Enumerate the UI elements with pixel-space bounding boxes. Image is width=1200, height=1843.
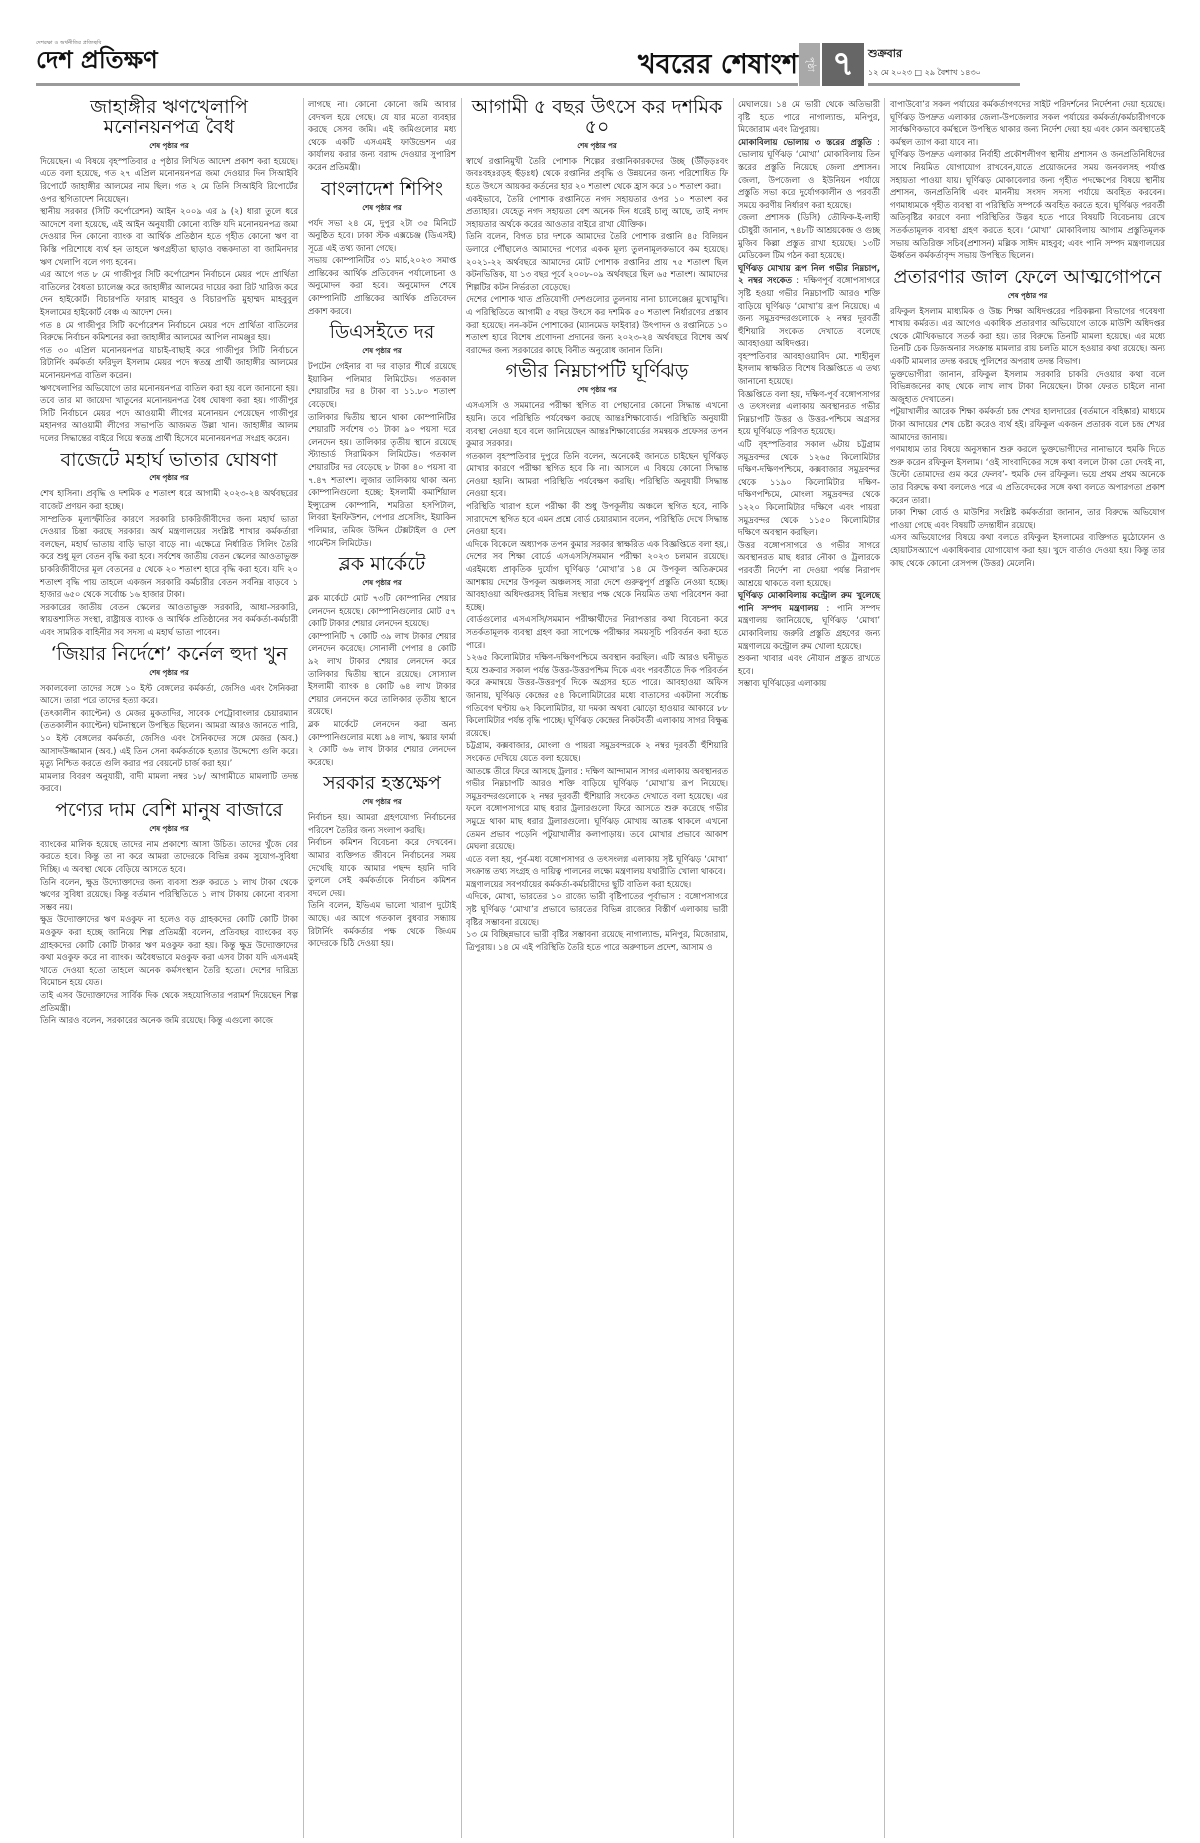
paragraph: ঘূর্ণিঝড় উপদ্রুত এলাকার নির্বাহী প্রকৌশ… (890, 148, 1165, 261)
masthead-rule-left (36, 83, 591, 86)
page-label: পৃষ্ঠা (799, 43, 820, 86)
paragraph: জেলা প্রশাসক (ডিসি) তৌফিক-ই-লাহী চৌধুরী … (738, 211, 880, 261)
headline: ‘জিয়ার নির্দেশে’ কর্নেল হুদা খুন (40, 645, 298, 665)
paragraph: ভুক্তভোগীরা জানান, রফিকুল ইসলাম সরকারি চ… (890, 368, 1165, 406)
paragraph: ব্লক মার্কেটে লেনদেন করা অন্য কোম্পানিগু… (308, 718, 456, 768)
paragraph: ব্যাংকের মালিক হয়েছে তাদের নাম প্রকাশ্য… (40, 838, 298, 876)
article-body: ব্যাংকের মালিক হয়েছে তাদের নাম প্রকাশ্য… (40, 838, 298, 1027)
headline: বাংলাদেশ শিপিং (308, 180, 456, 200)
column-2: লাগছে না। কোনো কোনো জমি আবার বেদখল হয়ে … (308, 98, 456, 956)
continued-label: শেষ পৃষ্ঠার পর (40, 472, 298, 484)
article-jahangir: জাহাঙ্গীর ঋণখেলাপি মনোনয়নপত্র বৈধ শেষ প… (40, 98, 298, 445)
continued-label: শেষ পৃষ্ঠার পর (40, 823, 298, 835)
continued-label: শেষ পৃষ্ঠার পর (466, 384, 728, 396)
article-body: রফিকুল ইসলাম মাধ্যমিক ও উচ্চ শিক্ষা অধিদ… (890, 305, 1165, 569)
paragraph: তিনি আরও বলেন, সরকারের অনেক জমি রয়েছে। … (40, 1014, 298, 1027)
paragraph: একইভাবে, তৈরি পোশাক রপ্তানিতে নগদ সহায়ত… (466, 193, 728, 231)
paragraph: আতঙ্কে তীরে ফিরে আসছে ট্রলার : দক্ষিণ আন… (466, 765, 728, 853)
article-body: বাপাউবো’র সকল পর্যায়ের কর্মকর্তাগণদের স… (890, 98, 1165, 262)
paragraph: তিনি বলেন, ক্ষুদ্র উদ্যোক্তাদের জন্য ব্য… (40, 876, 298, 914)
issue-date: শুক্রবার ১২ মে ২০২৩ □ ২৯ বৈশাখ ১৪৩০ (868, 45, 981, 80)
paragraph: বোর্ডগুলোর এসএসসি/সমমান পরীক্ষার্থীদের ন… (466, 613, 728, 651)
paragraph: তাই এসব উদ্যোক্তাদের সার্বিক দিক থেকে সহ… (40, 989, 298, 1014)
article-govt: সরকার হস্তক্ষেপ শেষ পৃষ্ঠার পর নির্বাচন … (308, 774, 456, 949)
paragraph: দিয়েছেন। এ বিষয়ে বৃহস্পতিবার ৫ পৃষ্ঠার… (40, 155, 298, 205)
paragraph: এদিকে বিকেলে অধ্যাপক তপন কুমার সরকার স্ব… (466, 538, 728, 614)
article-ponno: পণ্যের দাম বেশি মানুষ বাজারে শেষ পৃষ্ঠার… (40, 801, 298, 1027)
masthead: দেশরক্ষা ও অর্থনীতির প্রতিচ্ছবি দেশ প্রত… (36, 40, 1164, 90)
paragraph: সাম্প্রতিক মূল্যস্ফীতির কারণে সরকারি চাক… (40, 513, 298, 601)
paragraph: স্থানীয় সরকার (সিটি কর্পোরেশন) আইন ২০০৯… (40, 205, 298, 268)
column-1: জাহাঙ্গীর ঋণখেলাপি মনোনয়নপত্র বৈধ শেষ প… (40, 98, 298, 1033)
paragraph: দেশের পোশাক খাত প্রতিযোগী দেশগুলোর তুলনা… (466, 293, 728, 356)
paragraph: পরিস্থিতি খারাপ হলে পরীক্ষা কী শুধু উপকূ… (466, 500, 728, 538)
paragraph: ঋণখেলাপির অভিযোগে তার মনোনয়নপত্র বাতিল … (40, 382, 298, 445)
newspaper-name: দেশ প্রতিক্ষণ (36, 48, 158, 72)
paragraph: ঢাকা শিক্ষা বোর্ড ও মাউশির সংশ্লিষ্ট কর্… (890, 506, 1165, 531)
paragraph: সকালবেলা তাদের সঙ্গে ১০ ইস্ট বেঙ্গলের কর… (40, 682, 298, 707)
paragraph: গতকাল বৃহস্পতিবার দুপুরে তিনি বলেন, অনেক… (466, 450, 728, 500)
paragraph: এদিকে, মোখা, ভারতের ১০ রাজ্যে ভারী বৃষ্ট… (466, 890, 728, 928)
continued-label: শেষ পৃষ্ঠার পর (308, 345, 456, 357)
article-body: নির্বাচন হয়। আমরা গ্রহণযোগ্য নির্বাচনের… (308, 811, 456, 950)
paragraph: এতে বলা হয়, পূর্ব-মধ্য বঙ্গোপসাগর ও তৎস… (466, 853, 728, 878)
headline: সরকার হস্তক্ষেপ (308, 774, 456, 794)
paragraph: নির্বাচন হয়। আমরা গ্রহণযোগ্য নির্বাচনের… (308, 811, 456, 836)
issue-day: শুক্রবার (868, 45, 981, 64)
article-fraud: প্রতারণার জাল ফেলে আত্মগোপনে শেষ পৃষ্ঠার… (890, 268, 1165, 569)
paragraph: মামলার বিবরণ অনুযায়ী, বাদী মামলা নম্বর … (40, 770, 298, 795)
article-shipping: বাংলাদেশ শিপিং শেষ পৃষ্ঠার পর পর্যদ সভা … (308, 180, 456, 318)
issue-date-line: ১২ মে ২০২৩ □ ২৯ বৈশাখ ১৪৩০ (868, 67, 981, 80)
continued-label: শেষ পৃষ্ঠার পর (466, 140, 728, 152)
paragraph: স্বার্থে রপ্তানিমুখী তৈরি পোশাক শিল্পের … (466, 155, 728, 193)
column-5: বাপাউবো’র সকল পর্যায়ের কর্মকর্তাগণদের স… (890, 98, 1165, 575)
article-cyclone-continued: মেঘালয়ে। ১৪ মে ভারী থেকে অতিভারী বৃষ্টি… (738, 98, 880, 690)
headline: পণ্যের দাম বেশি মানুষ বাজারে (40, 801, 298, 821)
article-cyclone: গভীর নিম্নচাপটি ঘূর্ণিঝড় শেষ পৃষ্ঠার পর… (466, 362, 728, 953)
column-divider (461, 98, 462, 1838)
article-ziaur: ‘জিয়ার নির্দেশে’ কর্নেল হুদা খুন শেষ পৃ… (40, 645, 298, 795)
headline: আগামী ৫ বছর উৎসে কর দশমিক ৫০ (466, 98, 728, 138)
paragraph: কোম্পানিটি ৭ কোটি ৩৯ লাখ টাকার শেয়ার লে… (308, 630, 456, 718)
paragraph: এটি বৃহস্পতিবার সকাল ৬টায় চট্টগ্রাম সমু… (738, 438, 880, 539)
paragraph: পটুয়াখালীর আরেক শিক্ষা কর্মকর্তা চন্দ্র… (890, 405, 1165, 443)
paragraph: এর আগে গত ৮ মে গাজীপুর সিটি কর্পোরেশন নি… (40, 268, 298, 318)
article-block-market: ব্লক মার্কেটে শেষ পৃষ্ঠার পর ব্লক মার্কে… (308, 555, 456, 768)
headline: প্রতারণার জাল ফেলে আত্মগোপনে (890, 268, 1165, 288)
paragraph: ১৩ মে বিচ্ছিন্নভাবে ভারী বৃষ্টির সম্ভাবন… (466, 928, 728, 953)
article-budget: বাজেটে মহার্ঘ ভাতার ঘোষণা শেষ পৃষ্ঠার পর… (40, 451, 298, 639)
article-land-continued: লাগছে না। কোনো কোনো জমি আবার বেদখল হয়ে … (308, 98, 456, 174)
paragraph: সরকারের জাতীয় বেতন স্কেলের আওতাভুক্ত সর… (40, 601, 298, 639)
paragraph: তিনি বলেন, বিগত চার দশকে আমাদের তৈরি পোশ… (466, 230, 728, 293)
continued-label: শেষ পৃষ্ঠার পর (308, 202, 456, 214)
paragraph: গণমাধ্যম তার বিষয়ে অনুসন্ধান শুরু করলে … (890, 443, 1165, 506)
continued-label: শেষ পৃষ্ঠার পর (40, 140, 298, 152)
column-divider (303, 98, 304, 1838)
article-body: লাগছে না। কোনো কোনো জমি আবার বেদখল হয়ে … (308, 98, 456, 174)
continued-label: শেষ পৃষ্ঠার পর (308, 577, 456, 589)
paragraph: ১২৬৫ কিলোমিটার দক্ষিণ-দক্ষিণপশ্চিমে অবস্… (466, 651, 728, 739)
paragraph: গত ৩০ এপ্রিল মনোনয়নপত্র যাচাই-বাছাই করে… (40, 344, 298, 382)
paragraph: বিজ্ঞপ্তিতে বলা হয়, দক্ষিণ-পূর্ব বঙ্গোপ… (738, 388, 880, 438)
article-body: টপটেন গেইনার বা দর বাড়ার শীর্ষে রয়েছে … (308, 360, 456, 549)
paragraph: : দক্ষিণপূর্ব বঙ্গোপসাগরে সৃষ্টি হওয়া গ… (738, 275, 880, 348)
article-body: ব্লক মার্কেটে মোট ৭৩টি কোম্পানির শেয়ার … (308, 592, 456, 768)
paragraph: ব্লক মার্কেটে মোট ৭৩টি কোম্পানির শেয়ার … (308, 592, 456, 630)
subhead-bhola: মোকাবিলায় ভোলায় ৩ স্তরের প্রস্তুতি (738, 137, 872, 147)
masthead-rule-middle (591, 83, 798, 86)
continued-label: শেষ পৃষ্ঠার পর (308, 796, 456, 808)
page-number: ৭ (822, 43, 864, 86)
article-body: সকালবেলা তাদের সঙ্গে ১০ ইস্ট বেঙ্গলের কর… (40, 682, 298, 795)
article-dse: ডিএসইতে দর শেষ পৃষ্ঠার পর টপটেন গেইনার ব… (308, 323, 456, 549)
article-tax: আগামী ৫ বছর উৎসে কর দশমিক ৫০ শেষ পৃষ্ঠার… (466, 98, 728, 356)
paragraph: তালিকার দ্বিতীয় স্থানে থাকা কোম্পানিটির… (308, 411, 456, 550)
paragraph: মন্ত্রণালয়ের সবপর্যায়ের কর্মকর্তা-কর্ম… (466, 878, 728, 891)
column-divider (733, 98, 734, 1838)
paragraph: (তৎকালীন ক্যাপ্টেন) ও মেজর মুকতাদির, সাব… (40, 707, 298, 770)
headline: ডিএসইতে দর (308, 323, 456, 343)
article-body: দিয়েছেন। এ বিষয়ে বৃহস্পতিবার ৫ পৃষ্ঠার… (40, 155, 298, 445)
continued-label: শেষ পৃষ্ঠার পর (40, 667, 298, 679)
article-body: এসএসসি ও সমমানের পরীক্ষা স্থগিত বা পেছান… (466, 399, 728, 953)
paragraph: সম্ভাব্য ঘূর্ণিঝড়ের এলাকায় (738, 677, 880, 690)
paragraph: এসএসসি ও সমমানের পরীক্ষা স্থগিত বা পেছান… (466, 399, 728, 449)
paragraph: উত্তর বঙ্গোপসাগরে ও গভীর সাগরে অবস্থানরত… (738, 539, 880, 589)
paragraph: চট্টগ্রাম, কক্সবাজার, মোংলা ও পায়রা সমু… (466, 739, 728, 764)
paragraph: বৃহস্পতিবার আবহাওয়াবিদ মো. শাহীনুল ইসলা… (738, 350, 880, 388)
column-3: আগামী ৫ বছর উৎসে কর দশমিক ৫০ শেষ পৃষ্ঠার… (466, 98, 728, 959)
paragraph: শেখ হাসিনা। প্রবৃদ্ধি ও দশমিক ৫ শতাংশ ধর… (40, 487, 298, 512)
article-body: মেঘালয়ে। ১৪ মে ভারী থেকে অতিভারী বৃষ্টি… (738, 98, 880, 690)
article-body: স্বার্থে রপ্তানিমুখী তৈরি পোশাক শিল্পের … (466, 155, 728, 357)
paragraph: পর্যদ সভা ২৪ মে, দুপুর ২টা ৩৫ মিনিটে অনু… (308, 217, 456, 255)
paragraph: বাপাউবো’র সকল পর্যায়ের কর্মকর্তাগণদের স… (890, 98, 1165, 148)
paragraph: নির্বাচন কমিশন বিবেচনা করে দেখবেন। আমার … (308, 836, 456, 899)
column-4: মেঘালয়ে। ১৪ মে ভারী থেকে অতিভারী বৃষ্টি… (738, 98, 880, 696)
paragraph: মেঘালয়ে। ১৪ মে ভারী থেকে অতিভারী বৃষ্টি… (738, 98, 880, 136)
paragraph: লাগছে না। কোনো কোনো জমি আবার বেদখল হয়ে … (308, 98, 456, 174)
headline: ব্লক মার্কেটে (308, 555, 456, 575)
paragraph: টপটেন গেইনার বা দর বাড়ার শীর্ষে রয়েছে … (308, 360, 456, 410)
article-body: শেখ হাসিনা। প্রবৃদ্ধি ও দশমিক ৫ শতাংশ ধর… (40, 487, 298, 638)
paragraph: শুকনা খাবার এবং নৌযান প্রস্তুত রাখতে হবে… (738, 652, 880, 677)
column-divider (884, 98, 885, 1838)
article-bwdb-continued: বাপাউবো’র সকল পর্যায়ের কর্মকর্তাগণদের স… (890, 98, 1165, 262)
newspaper-logo: দেশরক্ষা ও অর্থনীতির প্রতিচ্ছবি দেশ প্রত… (36, 40, 158, 72)
paragraph: ক্ষুদ্র উদ্যোক্তাদের ঋণ মওকুফ না হলেও বড… (40, 913, 298, 989)
paragraph: : ভোলায় ঘূর্ণিঝড় ‘মোখা’ মোকাবিলায় তিন… (738, 137, 880, 210)
headline: জাহাঙ্গীর ঋণখেলাপি মনোনয়নপত্র বৈধ (40, 98, 298, 138)
paragraph: গত ৪ মে গাজীপুর সিটি কর্পোরেশন নির্বাচনে… (40, 319, 298, 344)
headline: বাজেটে মহার্ঘ ভাতার ঘোষণা (40, 451, 298, 471)
paragraph: তিনি বলেন, ইভিএম ভালো খারাপ দুটোই আছে। এ… (308, 899, 456, 949)
paragraph: রফিকুল ইসলাম মাধ্যমিক ও উচ্চ শিক্ষা অধিদ… (890, 305, 1165, 368)
paragraph: এসব অভিযোগের বিষয়ে কথা বলতে রফিকুল ইসলা… (890, 531, 1165, 569)
masthead-rule-right (868, 83, 1020, 86)
article-body: পর্যদ সভা ২৪ মে, দুপুর ২টা ৩৫ মিনিটে অনু… (308, 217, 456, 318)
paragraph: সভায় কোম্পানিটির ৩১ মার্চ,২০২৩ সমাপ্ত প… (308, 254, 456, 317)
continued-label: শেষ পৃষ্ঠার পর (890, 290, 1165, 302)
headline: গভীর নিম্নচাপটি ঘূর্ণিঝড় (466, 362, 728, 382)
